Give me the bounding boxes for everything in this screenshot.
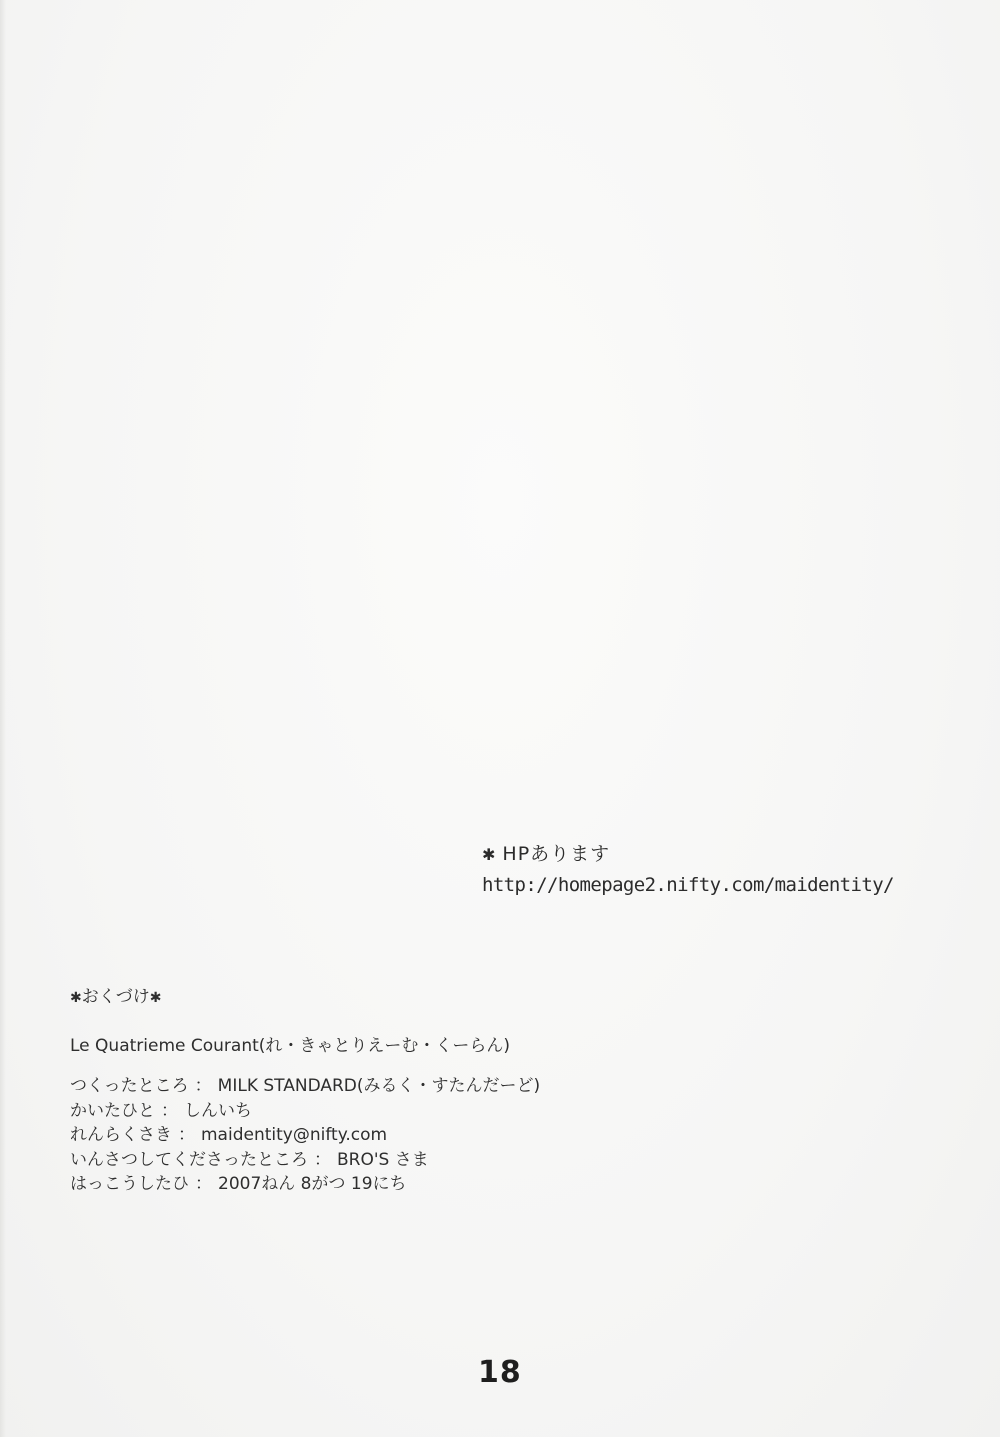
colophon-entries: つくったところ：MILK STANDARD(みるく・すたんだーど) かいたひと：… [70,1074,540,1197]
entry-label: れんらくさき [70,1125,172,1145]
page-number: 18 [478,1356,522,1390]
homepage-heading: ✱HPあります [482,842,894,867]
document-page: ✱HPあります http://homepage2.nifty.com/maide… [0,0,1000,1437]
page-edge-shadow [0,0,6,1437]
entry-value: しんいち [184,1101,252,1121]
asterisk-bullet-icon: ✱ [482,845,496,864]
homepage-heading-text: HPあります [502,843,610,865]
asterisk-bullet-icon: ✱ [150,990,162,1006]
colophon-heading: ✱おくづけ✱ [70,986,540,1009]
colophon-entry-contact: れんらくさき：maidentity@nifty.com [70,1123,540,1148]
colophon-entry-publisher: つくったところ：MILK STANDARD(みるく・すたんだーど) [70,1074,540,1099]
colophon-entry-date: はっこうしたひ：2007ねん 8がつ 19にち [70,1172,540,1197]
colophon-entry-printer: いんさつしてくださったところ：BRO'S さま [70,1148,540,1173]
entry-separator: ： [178,1125,195,1145]
entry-label: つくったところ [70,1076,189,1096]
asterisk-bullet-icon: ✱ [70,990,82,1006]
entry-label: いんさつしてくださったところ [70,1150,308,1170]
entry-separator: ： [195,1076,212,1096]
entry-value: maidentity@nifty.com [201,1125,387,1145]
entry-label: かいたひと [70,1101,155,1121]
entry-value: MILK STANDARD(みるく・すたんだーど) [218,1076,541,1096]
entry-value: BRO'S さま [337,1150,429,1170]
homepage-url: http://homepage2.nifty.com/maidentity/ [482,873,894,897]
colophon-heading-text: おくづけ [82,987,150,1007]
entry-separator: ： [195,1174,212,1194]
entry-separator: ： [161,1101,178,1121]
homepage-notice: ✱HPあります http://homepage2.nifty.com/maide… [482,842,894,897]
entry-label: はっこうしたひ [70,1174,189,1194]
colophon: ✱おくづけ✱ Le Quatrieme Courant(れ・きゃとりえーむ・くー… [70,986,540,1197]
entry-value: 2007ねん 8がつ 19にち [218,1174,407,1194]
colophon-entry-author: かいたひと：しんいち [70,1099,540,1124]
entry-separator: ： [314,1150,331,1170]
book-title: Le Quatrieme Courant(れ・きゃとりえーむ・くーらん) [70,1035,540,1057]
